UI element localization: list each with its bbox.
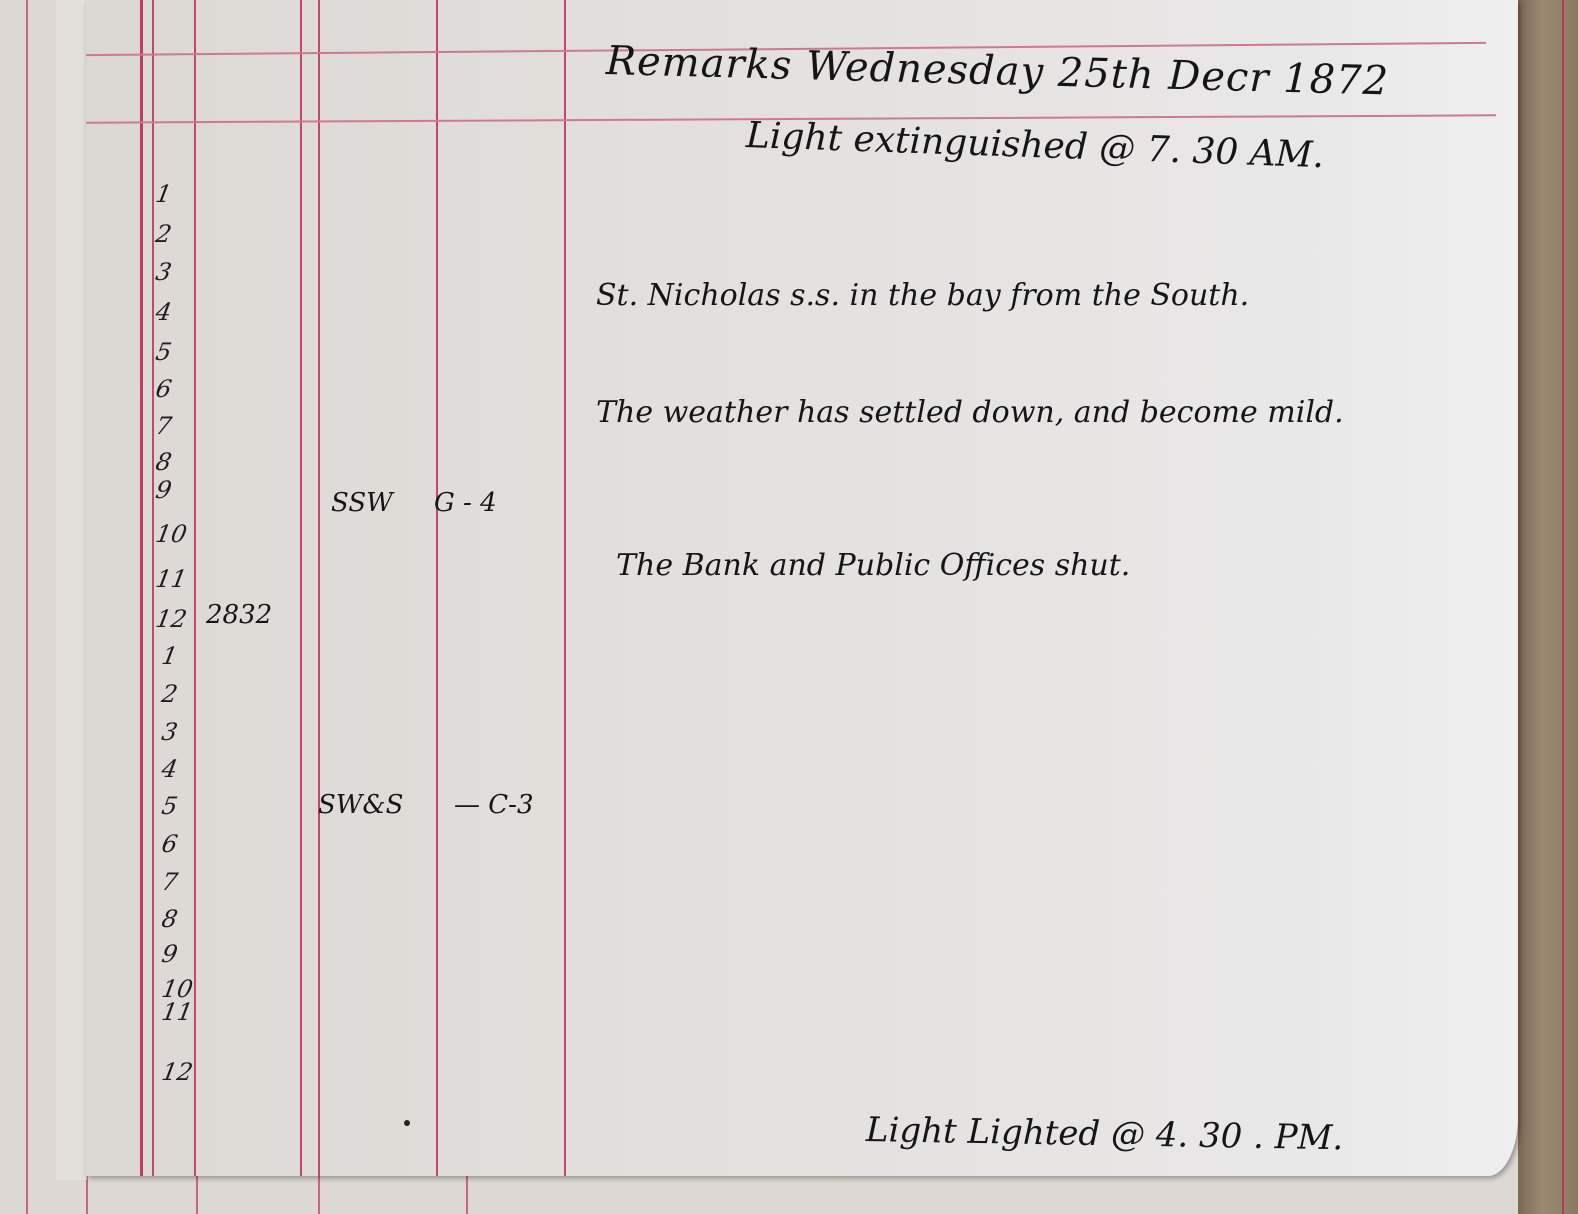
barometer-reading: 2832 [206, 600, 272, 630]
light-extinguished-note: Light extinguished @ 7. 30 AM. [745, 115, 1324, 176]
hour-am-12: 12 [154, 605, 189, 633]
hour-pm-12: 12 [160, 1058, 195, 1086]
hour-pm-9: 9 [160, 940, 180, 968]
book-binding [1518, 0, 1578, 1214]
hour-am-6: 6 [154, 375, 174, 403]
hour-am-4: 4 [154, 298, 174, 326]
hour-am-5: 5 [154, 338, 174, 366]
hour-pm-1: 1 [160, 642, 180, 670]
hour-pm-3: 3 [160, 718, 180, 746]
column-rule-remarks [564, 0, 566, 1176]
remark-line-2: The weather has settled down, and become… [596, 395, 1344, 430]
hour-am-10: 10 [154, 520, 189, 548]
hour-pm-2: 2 [160, 680, 180, 708]
remark-line-1: St. Nicholas s.s. in the bay from the So… [596, 278, 1249, 313]
hour-pm-8: 8 [160, 905, 180, 933]
wind-force-5pm: — C-3 [454, 790, 534, 820]
column-rule-wind-direction [318, 0, 320, 1176]
hour-am-1: 1 [154, 180, 174, 208]
ledger-page: Remarks Wednesday 25th Decr 1872 Light e… [86, 0, 1518, 1176]
hour-pm-5: 5 [160, 792, 180, 820]
hour-am-2: 2 [154, 220, 174, 248]
hour-am-3: 3 [154, 258, 174, 286]
page-stack-edge [66, 0, 87, 1170]
hour-pm-11: 11 [160, 998, 195, 1026]
hour-am-8: 8 [154, 448, 174, 476]
column-rule-barometer [300, 0, 302, 1176]
hour-pm-6: 6 [160, 830, 180, 858]
underlying-red-rule [26, 0, 28, 1214]
remarks-title: Remarks Wednesday 25th Decr 1872 [605, 38, 1389, 104]
ink-dot [404, 1120, 410, 1126]
column-rule-wind-force [436, 0, 438, 1176]
remark-line-3: The Bank and Public Offices shut. [616, 548, 1130, 583]
wind-direction-9am: SSW [331, 488, 393, 518]
hour-am-11: 11 [154, 565, 189, 593]
hour-am-9: 9 [154, 476, 174, 504]
light-lighted-note: Light Lighted @ 4. 30 . PM. [866, 1110, 1344, 1158]
wind-direction-5pm: SW&S [318, 790, 404, 820]
wind-force-9am: G - 4 [434, 488, 497, 518]
margin-rule [140, 0, 143, 1176]
hour-am-7: 7 [154, 412, 174, 440]
hour-pm-7: 7 [160, 868, 180, 896]
hour-pm-4: 4 [160, 755, 180, 783]
